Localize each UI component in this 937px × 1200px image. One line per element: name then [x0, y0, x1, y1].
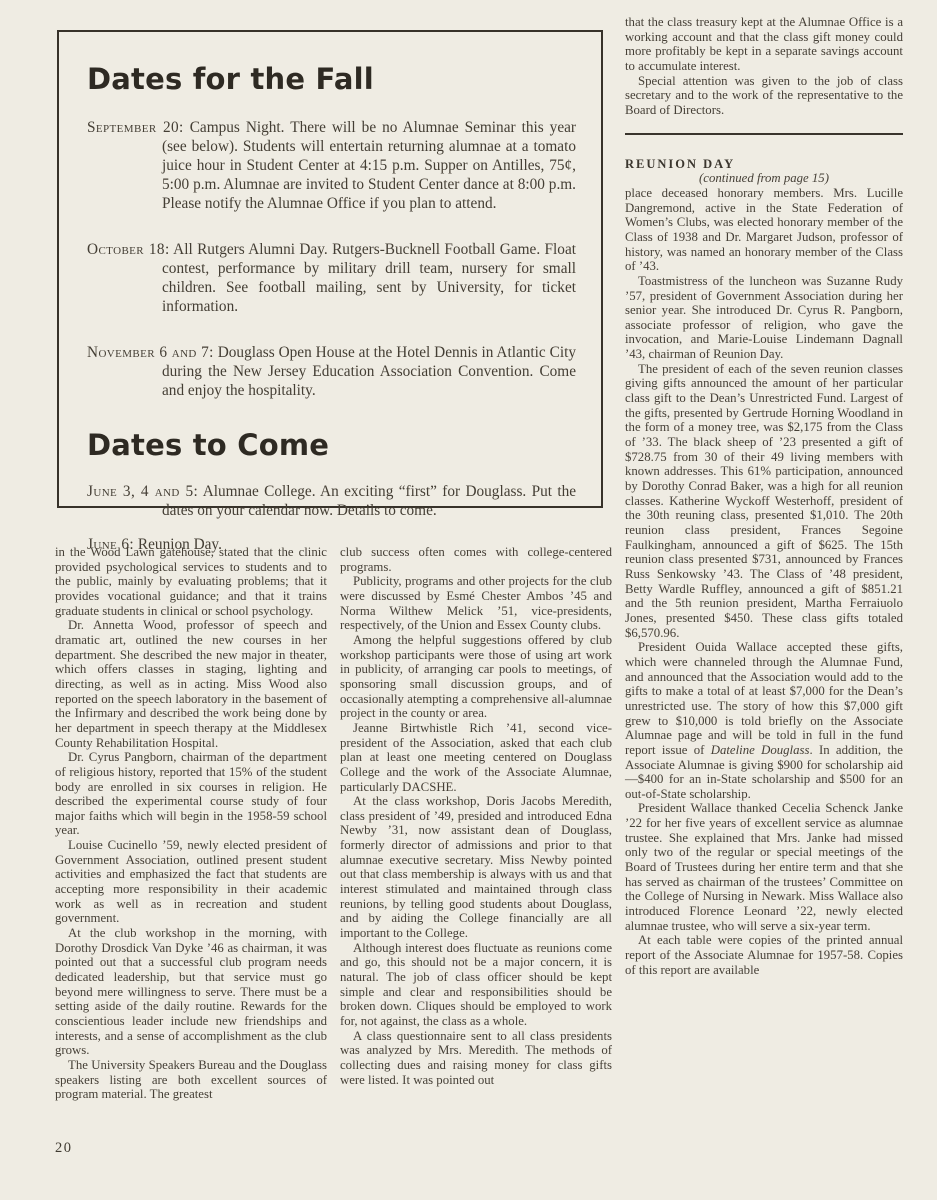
- paragraph: President Ouida Wallace accepted these g…: [625, 640, 903, 801]
- paragraph: Special attention was given to the job o…: [625, 74, 903, 118]
- dates-box: Dates for the Fall September 20: Campus …: [57, 30, 603, 508]
- dates-for-fall-heading: Dates for the Fall: [87, 62, 576, 96]
- paragraph: Although interest does fluctuate as reun…: [340, 941, 612, 1029]
- reunion-day-heading: REUNION DAY: [625, 157, 903, 172]
- paragraph-text: President Ouida Wallace accepted these g…: [625, 640, 903, 757]
- paragraph: Publicity, programs and other projects f…: [340, 574, 612, 633]
- date-text: Douglass Open House at the Hotel Dennis …: [162, 344, 576, 399]
- date-entry-october: October 18: All Rutgers Alumni Day. Rutg…: [87, 240, 576, 316]
- publication-title: Dateline Douglass: [711, 743, 810, 757]
- paragraph: The president of each of the seven reuni…: [625, 362, 903, 640]
- date-text: Campus Night. There will be no Alumnae S…: [162, 119, 576, 212]
- date-label: November 6 and 7:: [87, 344, 214, 361]
- dates-to-come-heading: Dates to Come: [87, 428, 576, 462]
- paragraph: At each table were copies of the printed…: [625, 933, 903, 977]
- paragraph: that the class treasury kept at the Alum…: [625, 15, 903, 74]
- paragraph: A class questionnaire sent to all class …: [340, 1029, 612, 1088]
- page-number: 20: [55, 1140, 73, 1157]
- paragraph: President Wallace thanked Cecelia Schenc…: [625, 801, 903, 933]
- paragraph: The University Speakers Bureau and the D…: [55, 1058, 327, 1102]
- date-entry-november: November 6 and 7: Douglass Open House at…: [87, 343, 576, 400]
- date-label: June 3, 4 and 5:: [87, 483, 198, 500]
- middle-column: club success often comes with college-ce…: [340, 545, 612, 1087]
- paragraph: At the club workshop in the morning, wit…: [55, 926, 327, 1058]
- paragraph: Toastmistress of the luncheon was Suzann…: [625, 274, 903, 362]
- paragraph: Dr. Annetta Wood, professor of speech an…: [55, 618, 327, 750]
- paragraph: Louise Cucinello ’59, newly elected pres…: [55, 838, 327, 926]
- section-divider: [625, 133, 903, 135]
- right-column: that the class treasury kept at the Alum…: [625, 15, 903, 977]
- paragraph: place deceased honorary members. Mrs. Lu…: [625, 186, 903, 274]
- continued-from-note: (continued from page 15): [625, 171, 903, 186]
- paragraph: in the Wood Lawn gatehouse, stated that …: [55, 545, 327, 618]
- date-label: September 20:: [87, 119, 184, 136]
- left-column: in the Wood Lawn gatehouse, stated that …: [55, 545, 327, 1102]
- date-text: Alumnae College. An exciting “first” for…: [162, 483, 576, 519]
- paragraph: Jeanne Birtwhistle Rich ’41, second vice…: [340, 721, 612, 794]
- magazine-page: Dates for the Fall September 20: Campus …: [0, 0, 937, 1200]
- paragraph: Among the helpful suggestions offered by…: [340, 633, 612, 721]
- paragraph: Dr. Cyrus Pangborn, chairman of the depa…: [55, 750, 327, 838]
- date-text: All Rutgers Alumni Day. Rutgers-Bucknell…: [162, 241, 576, 315]
- paragraph: club success often comes with college-ce…: [340, 545, 612, 574]
- paragraph: At the class workshop, Doris Jacobs Mere…: [340, 794, 612, 941]
- date-label: October 18:: [87, 241, 170, 258]
- date-entry-september: September 20: Campus Night. There will b…: [87, 118, 576, 213]
- date-entry-june-college: June 3, 4 and 5: Alumnae College. An exc…: [87, 482, 576, 520]
